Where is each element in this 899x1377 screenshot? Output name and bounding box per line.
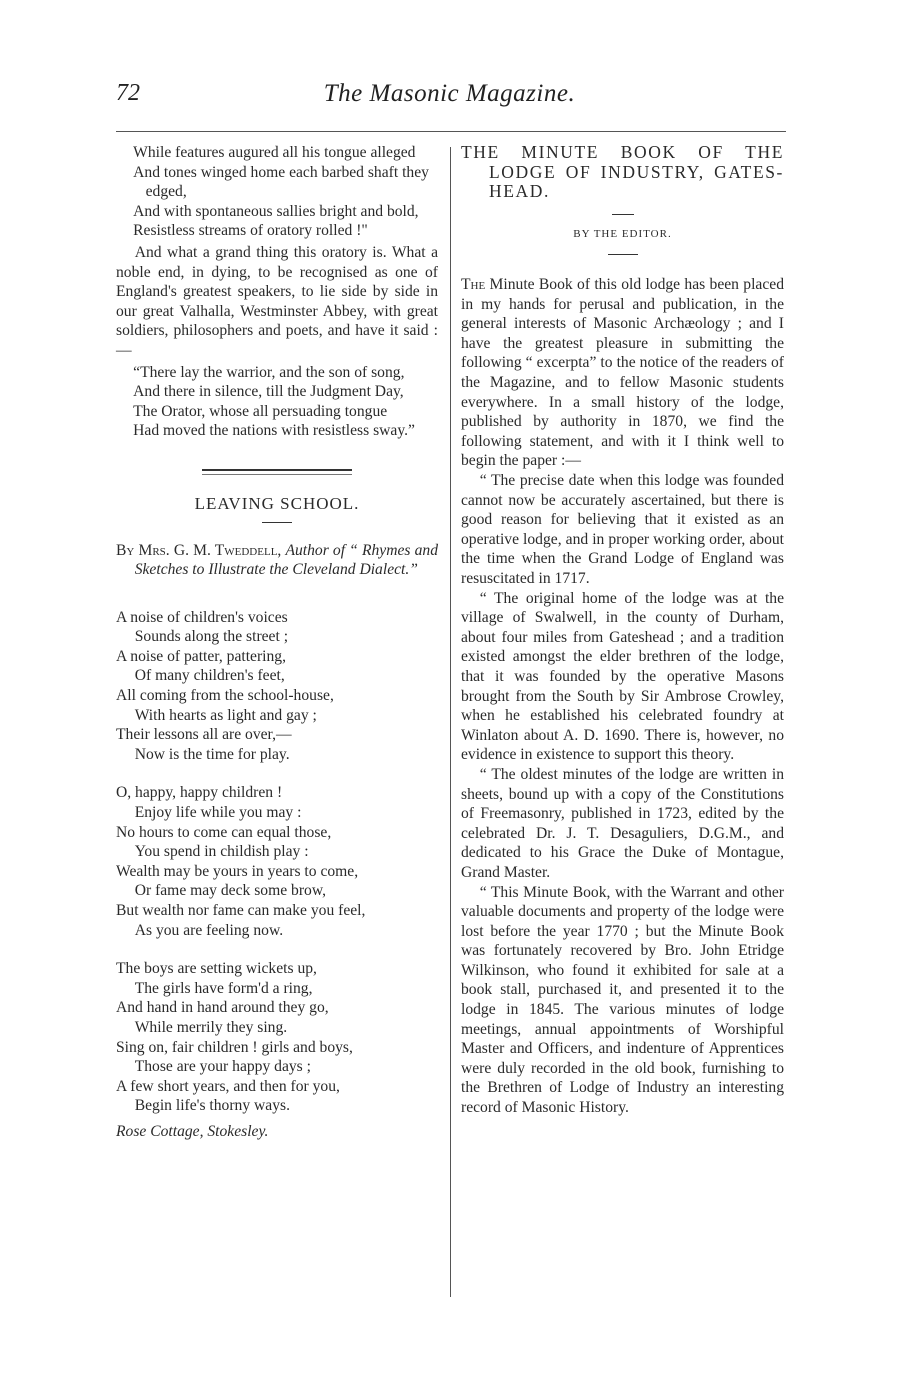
verse-line: Their lessons all are over,— [116, 725, 438, 745]
verse-line: Those are your happy days ; [116, 1057, 438, 1077]
verse-line: But wealth nor fame can make you feel, [116, 901, 438, 921]
byline-author: By Mrs. G. M. Tweddell, [116, 542, 281, 559]
verse-line: While merrily they sing. [116, 1018, 438, 1038]
lead-word: The [461, 276, 485, 293]
verse-line: Resistless streams of oratory rolled !" [116, 221, 438, 241]
body-paragraph: “ The original home of the lodge was at … [461, 589, 784, 765]
verse-line: A noise of patter, pattering, [116, 647, 438, 667]
running-title: The Masonic Magazine. [0, 80, 899, 108]
verse-line: While features augured all his tongue al… [116, 143, 438, 163]
verse-line: With hearts as light and gay ; [116, 706, 438, 726]
verse-line: Had moved the nations with resistless sw… [116, 421, 438, 441]
verse-line: The girls have form'd a ring, [116, 979, 438, 999]
verse-line: Sing on, fair children ! girls and boys, [116, 1038, 438, 1058]
verse-line: Begin life's thorny ways. [116, 1096, 438, 1116]
verse-line: “There lay the warrior, and the son of s… [116, 363, 438, 383]
stanza: A noise of children's voices Sounds alon… [116, 608, 438, 765]
column-divider [450, 147, 451, 1297]
verse-line: Enjoy life while you may : [116, 803, 438, 823]
paragraph-text: Minute Book of this old lodge has been p… [461, 276, 784, 469]
verse-line: O, happy, happy children ! [116, 783, 438, 803]
body-paragraph: The Minute Book of this old lodge has be… [461, 275, 784, 471]
header-rule [116, 131, 786, 132]
verse-line: The Orator, whose all persuading tongue [116, 402, 438, 422]
quoted-verse: “There lay the warrior, and the son of s… [116, 363, 438, 441]
verse-line: No hours to come can equal those, [116, 823, 438, 843]
poem-title: LEAVING SCHOOL. [116, 494, 438, 514]
stanza: O, happy, happy children ! Enjoy life wh… [116, 783, 438, 940]
verse-line: And there in silence, till the Judgment … [116, 382, 438, 402]
verse-line: Now is the time for play. [116, 745, 438, 765]
author-rule [608, 254, 638, 255]
title-rule [612, 214, 634, 215]
verse-line: The boys are setting wickets up, [116, 959, 438, 979]
verse-line: All coming from the school-house, [116, 686, 438, 706]
verse-line: Or fame may deck some brow, [116, 881, 438, 901]
verse-line: A noise of children's voices [116, 608, 438, 628]
article-title: THE MINUTE BOOK OF THE LODGE OF INDUSTRY… [461, 143, 784, 202]
right-column: THE MINUTE BOOK OF THE LODGE OF INDUSTRY… [461, 143, 784, 1118]
body-paragraph: And what a grand thing this oratory is. … [116, 243, 438, 361]
verse-line: You spend in childish play : [116, 842, 438, 862]
poem-continued: While features augured all his tongue al… [116, 143, 438, 241]
verse-line: A few short years, and then for you, [116, 1077, 438, 1097]
verse-line: Of many children's feet, [116, 666, 438, 686]
verse-line: And hand in hand around they go, [116, 998, 438, 1018]
verse-line: And with spontaneous sallies bright and … [116, 202, 438, 222]
body-paragraph: “ The oldest minutes of the lodge are wr… [461, 765, 784, 883]
article-author: BY THE EDITOR. [461, 225, 784, 245]
title-rule [262, 522, 292, 523]
verse-line: And tones winged home each barbed shaft … [116, 163, 438, 202]
poem-byline: By Mrs. G. M. Tweddell, Author of “ Rhym… [116, 541, 438, 580]
poem-place: Rose Cottage, Stokesley. [116, 1122, 438, 1142]
verse-line: Wealth may be yours in years to come, [116, 862, 438, 882]
section-separator [202, 469, 352, 475]
body-paragraph: “ The precise date when this lodge was f… [461, 471, 784, 589]
left-column: While features augured all his tongue al… [116, 143, 438, 1142]
verse-line: Sounds along the street ; [116, 627, 438, 647]
verse-line: As you are feeling now. [116, 921, 438, 941]
body-paragraph: “ This Minute Book, with the Warrant and… [461, 883, 784, 1118]
stanza: The boys are setting wickets up, The gir… [116, 959, 438, 1116]
